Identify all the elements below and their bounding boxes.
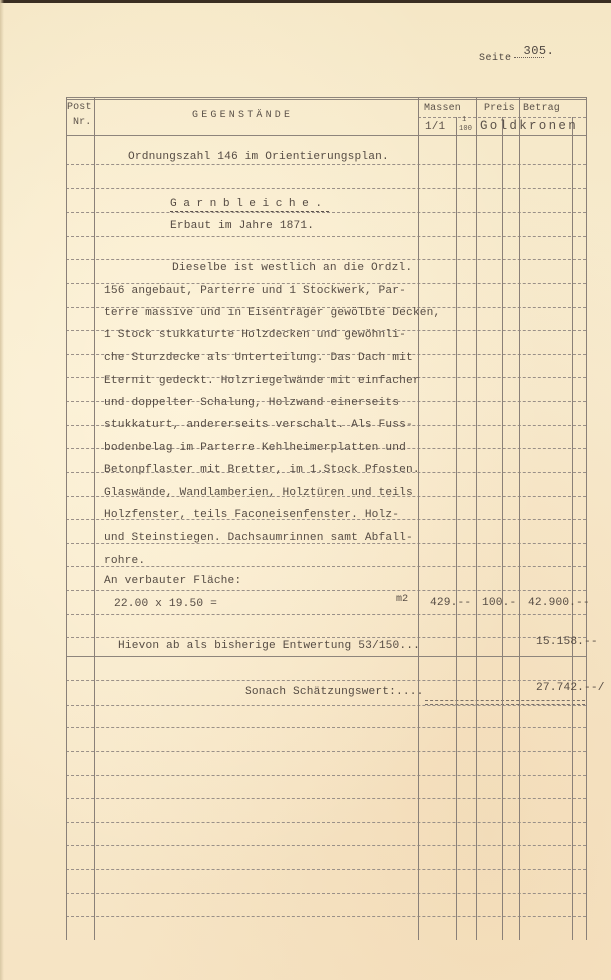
col-rule-left — [66, 97, 67, 940]
row-rule — [66, 236, 586, 237]
description-line: bodenbelag im Parterre Kehlheimerplatten… — [104, 442, 406, 454]
row-rule — [66, 283, 586, 284]
description-line: Eternit gedeckt. Holzriegelwände mit ein… — [104, 375, 420, 387]
header-massen: Massen — [424, 103, 461, 114]
row-rule — [66, 656, 586, 657]
page-number-value: 305. — [524, 44, 555, 58]
row-rule — [66, 259, 586, 260]
row-rule — [66, 614, 586, 615]
row-rule — [66, 164, 586, 165]
estimate-amount: 27.742.--/ — [536, 682, 605, 694]
row-rule — [66, 637, 586, 638]
description-line: che Sturzdecke als Unterteilung. Das Dac… — [104, 352, 413, 364]
ordnungszahl-line: Ordnungszahl 146 im Orientierungsplan. — [128, 151, 389, 163]
built-year: Erbaut im Jahre 1871. — [170, 220, 314, 232]
row-rule — [66, 822, 586, 823]
col-rule-betrag — [519, 97, 520, 940]
header-betrag: Betrag — [523, 103, 560, 114]
row-rule — [66, 751, 586, 752]
header-bottom-rule — [66, 135, 586, 136]
description-line: und Steinstiegen. Dachsaumrinnen samt Ab… — [104, 532, 413, 544]
description-line: 1 Stock stukkaturte Holzdecken und gewöh… — [104, 329, 406, 341]
row-rule — [66, 798, 586, 799]
description-line: Glaswände, Wandlamberien, Holztüren und … — [104, 487, 413, 499]
estimate-label: Sonach Schätzungswert:.... — [245, 686, 423, 698]
row-rule — [66, 188, 586, 189]
description-line: Dieselbe ist westlich an die Ordzl. — [172, 262, 412, 274]
area-label: An verbauter Fläche: — [104, 575, 241, 587]
page-left-edge — [0, 0, 4, 980]
row-rule — [66, 590, 586, 591]
col-rule-preis-sub — [502, 117, 503, 940]
table-top-rule-2 — [66, 99, 586, 100]
area-unit: m2 — [396, 594, 408, 605]
description-line: Betonpflaster mit Bretter, im 1.Stock Pf… — [104, 464, 420, 476]
building-title: Garnbleiche. — [170, 198, 329, 212]
area-amount-value: 42.900.-- — [528, 597, 590, 609]
col-rule-massen — [418, 97, 419, 940]
area-price-value: 100.- — [482, 597, 516, 609]
header-currency: Goldkronen — [480, 119, 578, 133]
col-rule-betrag-sub — [572, 117, 573, 940]
page-number: Seite305. — [479, 50, 576, 64]
description-line: terre massive und in Eisenträger gewölbt… — [104, 307, 440, 319]
description-line: stukkaturt, andererseits verschalt. Als … — [104, 419, 413, 431]
col-rule-post — [94, 97, 95, 940]
area-mass-value: 429.-- — [430, 597, 471, 609]
header-massen-1-1: 1/1 — [425, 121, 445, 133]
table-top-rule — [66, 97, 586, 98]
row-rule — [66, 727, 586, 728]
col-rule-right — [586, 97, 587, 940]
col-rule-preis — [476, 97, 477, 940]
row-rule — [66, 212, 586, 213]
description-line: rohre. — [104, 555, 145, 567]
row-rule — [66, 916, 586, 917]
description-line: und doppelter Schalung, Holzwand einerse… — [104, 397, 399, 409]
row-rule — [66, 893, 586, 894]
deduction-amount: 15.158.-- — [536, 636, 598, 648]
deduction-label: Hievon ab als bisherige Entwertung 53/15… — [118, 640, 420, 652]
row-rule — [66, 869, 586, 870]
page-top-edge — [0, 0, 611, 3]
col-rule-massen-sub — [456, 117, 457, 940]
row-rule — [66, 705, 586, 706]
header-gegenstaende: GEGENSTÄNDE — [192, 110, 293, 121]
description-line: Holzfenster, teils Faconeisenfenster. Ho… — [104, 509, 399, 521]
row-rule — [66, 845, 586, 846]
header-massen-den: 100 — [459, 125, 472, 133]
header-preis: Preis — [484, 103, 515, 114]
header-nr: Nr. — [73, 117, 91, 128]
description-line: 156 angebaut, Parterre und 1 Stockwerk, … — [104, 285, 406, 297]
area-calculation: 22.00 x 19.50 = — [114, 598, 217, 610]
header-massen-num: 1 — [462, 116, 466, 124]
row-rule — [66, 680, 586, 681]
header-post: Post — [67, 102, 92, 113]
row-rule — [66, 775, 586, 776]
page-number-label: Seite — [479, 53, 512, 64]
